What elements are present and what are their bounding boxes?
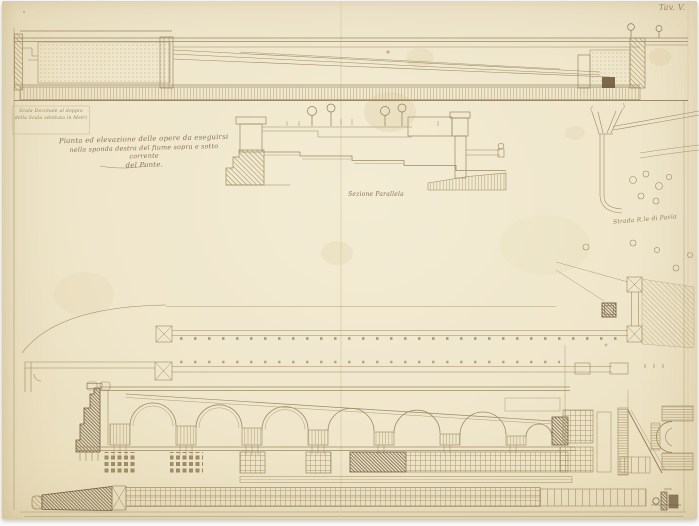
- spur-grillage-plan: [32, 486, 681, 511]
- scale-note-line1: Scala Decimale al doppio: [14, 109, 88, 116]
- section-caption: Sezione Parallela: [330, 191, 422, 198]
- scale-note: Scala Decimale al doppio della Scala ado…: [14, 109, 88, 122]
- right-bank-plan: [583, 103, 699, 271]
- corner-detail: [651, 489, 681, 510]
- scale-note-line2: della Scala adottata in Metri: [14, 116, 88, 123]
- drawing-linework: [0, 0, 699, 526]
- foundation-plans: [104, 452, 572, 483]
- plate-number-label: Tav. V.: [652, 3, 692, 12]
- drawing-title: Pianta ed elevazione delle opere da eseg…: [55, 133, 234, 172]
- right-abutment-plan: [560, 406, 693, 475]
- upper-elevation: [14, 24, 688, 101]
- tree-icon: [628, 24, 662, 38]
- river-works-plan: [22, 262, 694, 392]
- scanned-drawing-sheet: Tav. V. Scala Decimale al doppio della S…: [0, 0, 699, 526]
- bridge-elevation: [76, 345, 628, 470]
